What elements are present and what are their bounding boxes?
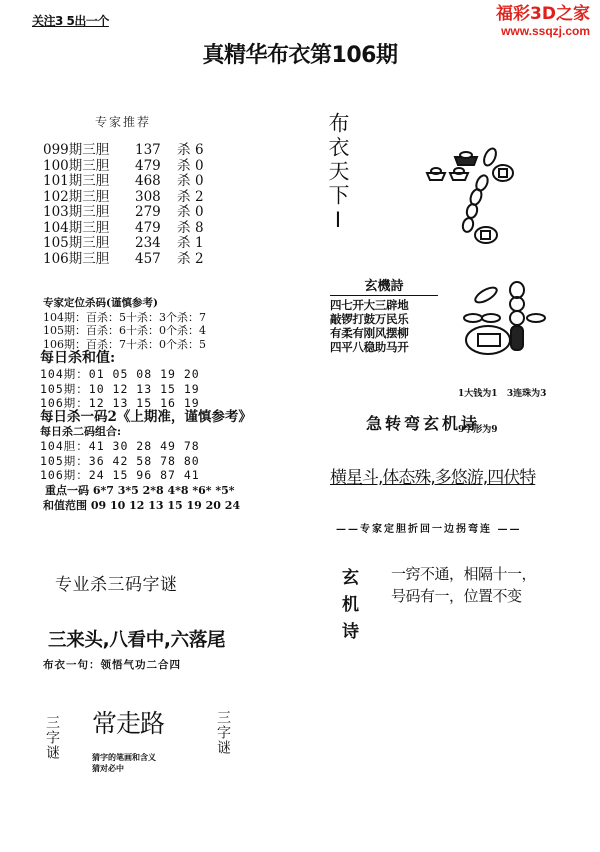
- list-item: 106期三胆457杀2: [43, 252, 204, 268]
- coins-figure-icon: [458, 280, 548, 364]
- period-label: 105期三胆: [43, 236, 135, 252]
- kill-value: 2: [195, 252, 204, 268]
- kill-label: 杀: [177, 252, 195, 268]
- top-note: 关注3 5出一个: [32, 12, 109, 29]
- page-title: 真精华布衣第106期: [0, 38, 600, 69]
- kill-label: 杀: [177, 174, 195, 190]
- position-kill-heading: 专家定位杀码(谨慎参考): [43, 297, 206, 311]
- list-item: 106期：24 15 96 87 41: [40, 468, 200, 483]
- jizhuan-poem-title: 急转弯玄机诗: [366, 411, 480, 434]
- period-label: 101期三胆: [43, 174, 135, 190]
- expert-dan-line: ——专家定胆折回一边拐弯连 ——: [336, 520, 521, 535]
- jizhuan-poem-line: 横星斗,体态殊,多悠游,四伏特: [330, 463, 535, 488]
- expert-recommend-list: 099期三胆137杀6 100期三胆479杀0 101期三胆468杀0 102期…: [43, 143, 204, 267]
- brand-name: 福彩3D之家: [496, 4, 590, 24]
- kill-value: 6: [195, 143, 204, 159]
- period-label: 099期三胆: [43, 143, 135, 159]
- daily-kill-one: 每日杀一码2《上期准，谨慎参考》: [40, 409, 252, 425]
- period-label: 102期三胆: [43, 190, 135, 206]
- list-item: 104期三胆479杀8: [43, 221, 204, 237]
- dan-value: 137: [135, 143, 177, 159]
- riddle-side-label-left: 三字谜: [42, 715, 62, 760]
- riddle-hint: 猜字的笔画和含义猜对必中: [92, 752, 162, 774]
- period-label: 100期三胆: [43, 159, 135, 175]
- xuanji-poem-title: 玄機詩: [330, 275, 438, 296]
- riddle-word: 常走路: [92, 704, 164, 740]
- poem-line: 四七开大三辟地: [330, 298, 438, 312]
- xuanji-poem-box: 玄機詩 四七开大三辟地 敲锣打鼓万民乐 有柔有刚风摆柳 四平八稳助马开: [330, 275, 438, 354]
- kill-value: 0: [195, 159, 204, 175]
- list-item: 104胆：41 30 28 49 78: [40, 439, 200, 454]
- kill-value: 0: [195, 205, 204, 221]
- dan-value: 468: [135, 174, 177, 190]
- xuanji-poem: 一窍不通，相隔十一， 号码有一，位置不变: [391, 563, 536, 607]
- xuanji-vertical-label: 玄机诗: [333, 568, 363, 649]
- daily-sum-kill-block: 每日杀和值: 104期：01 05 08 19 20 105期：10 12 13…: [40, 350, 200, 411]
- two-code-heading: 每日杀二码组合:: [40, 425, 200, 439]
- buyi-tianxia-vertical: 布衣天下Ⅰ: [325, 112, 351, 235]
- list-item: 105期：36 42 58 78 80: [40, 454, 200, 469]
- poem-line: 四平八稳助马开: [330, 340, 438, 354]
- dan-value: 479: [135, 159, 177, 175]
- kill-label: 杀: [177, 236, 195, 252]
- list-item: 099期三胆137杀6: [43, 143, 204, 159]
- kill-label: 杀: [177, 205, 195, 221]
- list-item: 104期：01 05 08 19 20: [40, 367, 200, 382]
- brand-watermark[interactable]: 福彩3D之家 www.ssqzj.com: [496, 4, 590, 38]
- list-item: 105期：百杀：6十杀：0个杀：4: [43, 324, 206, 338]
- poem-line: 有柔有刚风摆柳: [330, 326, 438, 340]
- list-item: 105期三胆234杀1: [43, 236, 204, 252]
- buyi-sentence: 布衣一句：领悟气功二合四: [43, 657, 181, 672]
- period-label: 103期三胆: [43, 205, 135, 221]
- kill-label: 杀: [177, 143, 195, 159]
- key-one-code: 重点一码 6*7 3*5 2*8 4*8 *6* *5*: [45, 484, 235, 498]
- list-item: 101期三胆468杀0: [43, 174, 204, 190]
- list-item: 105期：10 12 13 15 19: [40, 382, 200, 397]
- kill-label: 杀: [177, 221, 195, 237]
- kill-value: 1: [195, 236, 204, 252]
- kill-three-riddle: 三来头,八看中,六落尾: [48, 626, 225, 652]
- two-code-combo-block: 每日杀二码组合: 104胆：41 30 28 49 78 105期：36 42 …: [40, 425, 200, 483]
- dan-value: 457: [135, 252, 177, 268]
- kill-value: 8: [195, 221, 204, 237]
- list-item: 102期三胆308杀2: [43, 190, 204, 206]
- period-label: 106期三胆: [43, 252, 135, 268]
- position-kill-block: 专家定位杀码(谨慎参考) 104期：百杀：5十杀：3个杀：7 105期：百杀：6…: [43, 297, 206, 351]
- expert-recommend-heading: 专家推荐: [95, 113, 151, 130]
- period-label: 104期三胆: [43, 221, 135, 237]
- kill-label: 杀: [177, 159, 195, 175]
- poem-line: 一窍不通，相隔十一，: [391, 563, 536, 585]
- list-item: 100期三胆479杀0: [43, 159, 204, 175]
- brand-url[interactable]: www.ssqzj.com: [496, 24, 590, 38]
- dan-value: 308: [135, 190, 177, 206]
- coin-legend: 1大钱为1 3连珠为3 9字形为9: [458, 364, 546, 448]
- dan-value: 279: [135, 205, 177, 221]
- poem-line: 号码有一，位置不变: [391, 585, 536, 607]
- kill-label: 杀: [177, 190, 195, 206]
- list-item: 103期三胆279杀0: [43, 205, 204, 221]
- riddle-side-label-right: 三字谜: [213, 710, 233, 755]
- coin-legend-line: 1大钱为1 3连珠为3: [458, 388, 546, 400]
- daily-sum-kill-heading: 每日杀和值:: [40, 350, 200, 367]
- dan-value: 234: [135, 236, 177, 252]
- list-item: 104期：百杀：5十杀：3个杀：7: [43, 311, 206, 325]
- kill-value: 2: [195, 190, 204, 206]
- poem-line: 敲锣打鼓万民乐: [330, 312, 438, 326]
- list-item: 106期：百杀：7十杀：0个杀：5: [43, 338, 206, 352]
- kill-three-title: 专业杀三码字谜: [55, 570, 178, 595]
- kill-value: 0: [195, 174, 204, 190]
- coins-drawing-icon: [420, 145, 550, 259]
- dan-value: 479: [135, 221, 177, 237]
- sum-range: 和值范围 09 10 12 13 15 19 20 24: [43, 499, 240, 513]
